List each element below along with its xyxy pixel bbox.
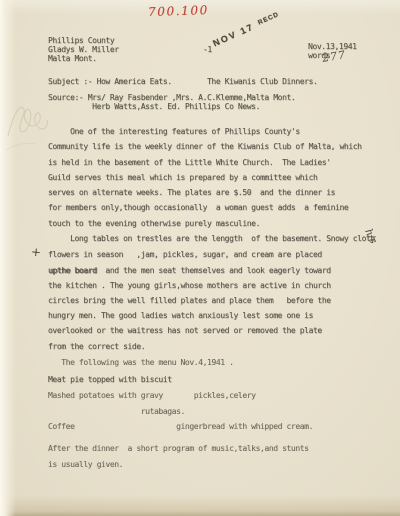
typed-line: serves on alternate weeks. The plates ar… xyxy=(48,188,335,198)
typed-line: touch to the evening otherwise purely ma… xyxy=(48,219,260,229)
overstrike-ghost: upthe board xyxy=(49,267,98,276)
typed-line: is held in the basement of the Little Wh… xyxy=(48,158,331,168)
menu-line: rutabagas. xyxy=(48,407,185,417)
typed-line: Long tables on trestles are the lenggth … xyxy=(48,234,375,244)
menu-intro-line: The following was the menu Nov.4,1941 . xyxy=(48,358,234,368)
header-place: Malta Mont. xyxy=(48,54,97,64)
menu-line: Mashed potatoes with gravy pickles,celer… xyxy=(48,391,256,401)
received-stamp-recd: RECD xyxy=(257,11,280,27)
received-stamp: NOV 17 RECD xyxy=(209,6,281,51)
word-count-handwritten: 277 xyxy=(321,48,347,65)
page-number: -1 xyxy=(203,45,212,55)
subject-line: Subject :- How America Eats. The Kiwanis… xyxy=(48,77,317,87)
typed-line: One of the interesting features of Phill… xyxy=(48,127,300,137)
menu-line: Meat pie topped with biscuit xyxy=(48,375,172,385)
closing-line: After the dinner a short program of musi… xyxy=(48,444,309,454)
typed-line: flowers in season ,jam, pickles, sugar, … xyxy=(48,250,322,260)
typed-line: for members only,though occasionally a w… xyxy=(48,203,348,213)
closing-line: is usually given. xyxy=(48,460,123,470)
handwritten-plus-mark: + xyxy=(30,245,41,260)
received-stamp-date: NOV 17 xyxy=(211,21,255,48)
scanned-typewritten-page: 700.100 NOV 17 RECD Phillips County Glad… xyxy=(0,0,400,516)
typed-line: circles bring the well filled plates and… xyxy=(48,296,331,306)
typed-line: hungry men. The good ladies watch anxiou… xyxy=(48,311,313,321)
source-line-2: Herb Watts,Asst. Ed. Phillips Co News. xyxy=(48,102,260,112)
menu-line: Coffee gingerbread with whipped cream. xyxy=(48,422,313,432)
typed-line: Guild serves this meal which is prepared… xyxy=(48,173,317,183)
file-number-handwritten: 700.100 xyxy=(148,3,209,19)
typed-line: from the correct side. xyxy=(48,342,145,352)
typed-line: overlooked or the waitress has not serve… xyxy=(48,326,322,336)
typed-line: the kitchen . The young girls,whose moth… xyxy=(48,281,331,291)
typed-line: Community life is the weekly dinner of t… xyxy=(48,142,362,152)
